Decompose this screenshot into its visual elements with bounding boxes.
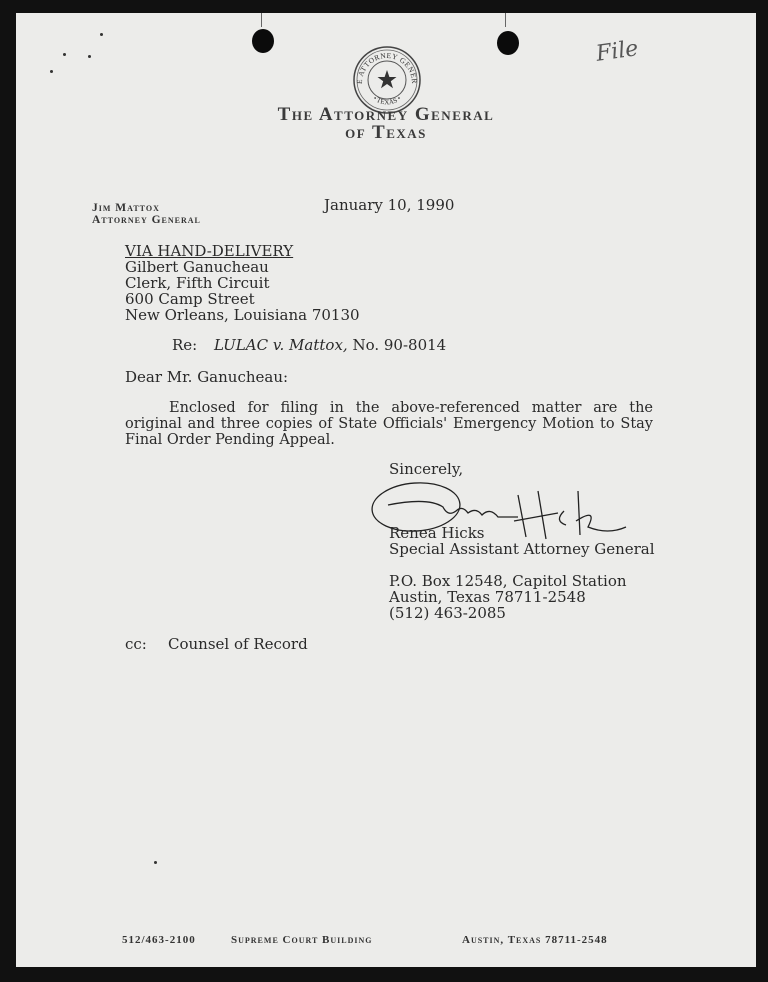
closing: Sincerely, xyxy=(389,461,463,477)
speck xyxy=(154,861,157,864)
cc-label: cc: xyxy=(125,636,147,652)
speck xyxy=(63,53,66,56)
speck xyxy=(50,70,53,73)
recipient-title: Clerk, Fifth Circuit xyxy=(125,275,270,291)
cc-value: Counsel of Record xyxy=(168,636,308,652)
letter-date: January 10, 1990 xyxy=(324,197,454,213)
footer-city: Austin, Texas 78711-2548 xyxy=(462,934,608,946)
signer-name: Renea Hicks xyxy=(389,525,485,541)
handwritten-note: File xyxy=(594,36,639,67)
signer-title: Special Assistant Attorney General xyxy=(389,541,655,557)
case-number: No. 90-8014 xyxy=(352,336,446,354)
speck xyxy=(100,33,103,36)
letterhead-subtitle: of Texas xyxy=(16,122,756,144)
re-label: Re: xyxy=(172,337,197,353)
signer-address-line1: P.O. Box 12548, Capitol Station xyxy=(389,573,627,589)
letter-page: File THE ATTORNEY GENERAL • TEXAS • The … xyxy=(16,13,756,967)
punch-hole-right xyxy=(497,31,519,55)
hole-mark xyxy=(505,13,506,27)
signer-phone: (512) 463-2085 xyxy=(389,605,506,621)
signer-address-line2: Austin, Texas 78711-2548 xyxy=(389,589,586,605)
case-name: LULAC v. Mattox, xyxy=(214,336,348,354)
recipient-street: 600 Camp Street xyxy=(125,291,255,307)
speck xyxy=(88,55,91,58)
re-line: LULAC v. Mattox, No. 90-8014 xyxy=(214,337,446,353)
footer-building: Supreme Court Building xyxy=(231,934,373,946)
hole-mark xyxy=(261,13,262,27)
official-title: Attorney General xyxy=(92,214,201,226)
body-paragraph: Enclosed for filing in the above-referen… xyxy=(125,400,653,448)
recipient-city: New Orleans, Louisiana 70130 xyxy=(125,307,360,323)
salutation: Dear Mr. Ganucheau: xyxy=(125,369,288,385)
footer-phone: 512/463-2100 xyxy=(122,934,196,946)
recipient-name: Gilbert Ganucheau xyxy=(125,259,269,275)
official-name: Jim Mattox xyxy=(92,202,160,214)
delivery-method: VIA HAND-DELIVERY xyxy=(125,243,293,259)
punch-hole-left xyxy=(252,29,274,53)
body-text: Enclosed for filing in the above-referen… xyxy=(125,400,653,448)
